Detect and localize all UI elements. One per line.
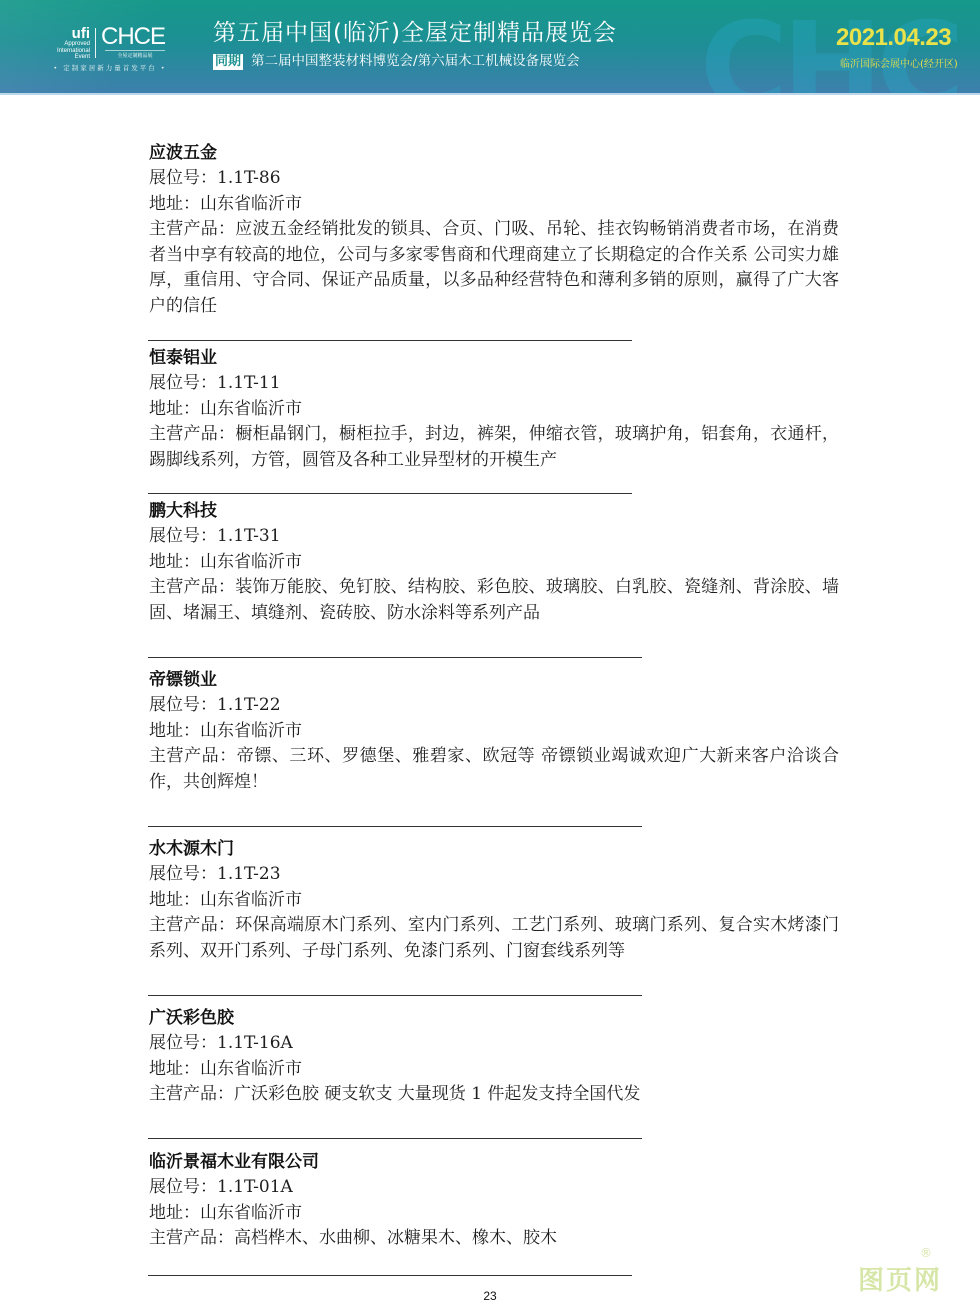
exhibitor-name: 应波五金 xyxy=(149,141,849,166)
event-venue: 临沂国际会展中心(经开区) xyxy=(840,55,958,70)
booth-number: 展位号：1.1T-22 xyxy=(149,693,849,719)
exhibitor-name: 临沂景福木业有限公司 xyxy=(149,1150,849,1175)
ufi-mark: ufi xyxy=(50,27,90,41)
exhibitor-address: 地址：山东省临沂市 xyxy=(149,888,849,914)
exhibitor-entry: 广沃彩色胶 展位号：1.1T-16A 地址：山东省临沂市 主营产品：广沃彩色胶 … xyxy=(149,1006,849,1108)
main-products: 主营产品：广沃彩色胶 硬支软支 大量现货 1 件起发支持全国代发 xyxy=(149,1082,839,1108)
exhibitor-entry: 鹏大科技 展位号：1.1T-31 地址：山东省临沂市 主营产品：装饰万能胶、免钉… xyxy=(149,499,849,626)
exhibitor-name: 恒泰铝业 xyxy=(149,346,849,371)
exhibition-banner: CHC ufi Approved International Event CHC… xyxy=(0,0,980,95)
main-products: 主营产品：应波五金经销批发的锁具、合页、门吸、吊轮、挂衣钩畅销消费者市场，在消费… xyxy=(149,217,839,319)
main-products: 主营产品：帝镖、三环、罗德堡、雅碧家、欧冠等 帝镖锁业竭诚欢迎广大新来客户洽谈合… xyxy=(149,744,839,795)
exhibitor-address: 地址：山东省临沂市 xyxy=(149,397,849,423)
divider-line xyxy=(148,1138,642,1139)
ghost-logo-watermark: CHC xyxy=(700,8,959,95)
watermark-text: 图页网 xyxy=(858,1266,942,1296)
exhibitor-address: 地址：山东省临沂市 xyxy=(149,719,849,745)
booth-number: 展位号：1.1T-31 xyxy=(149,524,849,550)
exhibitor-address: 地址：山东省临沂市 xyxy=(149,192,849,218)
main-products: 主营产品：环保高端原木门系列、室内门系列、工艺门系列、玻璃门系列、复合实木烤漆门… xyxy=(149,913,839,964)
main-products: 主营产品：高档桦木、水曲柳、冰糖果木、橡木、胶木 xyxy=(149,1226,839,1252)
divider-line xyxy=(148,995,642,996)
exhibitor-name: 广沃彩色胶 xyxy=(149,1006,849,1031)
booth-number: 展位号：1.1T-11 xyxy=(149,371,849,397)
chce-logo: CHCE xyxy=(101,25,165,49)
divider-line xyxy=(148,493,632,494)
ufi-logo: ufi Approved International Event xyxy=(50,27,90,61)
exhibitor-address: 地址：山东省临沂市 xyxy=(149,1057,849,1083)
booth-number: 展位号：1.1T-16A xyxy=(149,1031,849,1057)
ufi-line: Event xyxy=(50,54,90,61)
exhibitor-address: 地址：山东省临沂市 xyxy=(149,550,849,576)
site-watermark: 图页网 ® xyxy=(858,1260,942,1297)
chce-logo-subtitle: 全屋定制精品展 xyxy=(105,50,165,59)
banner-slogan: • 定制家居新力量首发平台 • xyxy=(40,63,180,72)
exhibitor-entry: 帝镖锁业 展位号：1.1T-22 地址：山东省临沂市 主营产品：帝镖、三环、罗德… xyxy=(149,668,849,795)
divider-line xyxy=(148,1275,632,1276)
exhibitor-entry: 应波五金 展位号：1.1T-86 地址：山东省临沂市 主营产品：应波五金经销批发… xyxy=(149,141,849,319)
booth-number: 展位号：1.1T-23 xyxy=(149,862,849,888)
exhibitor-entry: 水木源木门 展位号：1.1T-23 地址：山东省临沂市 主营产品：环保高端原木门… xyxy=(149,837,849,964)
logo-divider xyxy=(95,28,96,58)
exhibitor-name: 水木源木门 xyxy=(149,837,849,862)
divider-line xyxy=(148,340,632,341)
exhibition-title: 第五届中国(临沂)全屋定制精品展览会 xyxy=(213,19,617,47)
divider-line xyxy=(148,826,642,827)
concurrent-events: 同期第二届中国整装材料博览会/第六届木工机械设备展览会 xyxy=(213,53,580,70)
exhibitor-name: 帝镖锁业 xyxy=(149,668,849,693)
main-products: 主营产品：装饰万能胶、免钉胶、结构胶、彩色胶、玻璃胶、白乳胶、瓷缝剂、背涂胶、墙… xyxy=(149,575,839,626)
booth-number: 展位号：1.1T-86 xyxy=(149,166,849,192)
event-date: 2021.04.23 xyxy=(836,25,951,51)
registered-mark-icon: ® xyxy=(920,1246,934,1260)
booth-number: 展位号：1.1T-01A xyxy=(149,1175,849,1201)
divider-line xyxy=(148,657,642,658)
exhibitor-address: 地址：山东省临沂市 xyxy=(149,1201,849,1227)
page-number: 23 xyxy=(0,1289,980,1303)
exhibitor-entry: 临沂景福木业有限公司 展位号：1.1T-01A 地址：山东省临沂市 主营产品：高… xyxy=(149,1150,849,1252)
exhibitor-entry: 恒泰铝业 展位号：1.1T-11 地址：山东省临沂市 主营产品：橱柜晶钢门，橱柜… xyxy=(149,346,849,473)
main-products: 主营产品：橱柜晶钢门，橱柜拉手，封边，裤架，伸缩衣管，玻璃护角，铝套角，衣通杆，… xyxy=(149,422,839,473)
exhibitor-name: 鹏大科技 xyxy=(149,499,849,524)
concurrent-badge: 同期 xyxy=(213,54,243,70)
concurrent-events-text: 第二届中国整装材料博览会/第六届木工机械设备展览会 xyxy=(251,53,580,69)
